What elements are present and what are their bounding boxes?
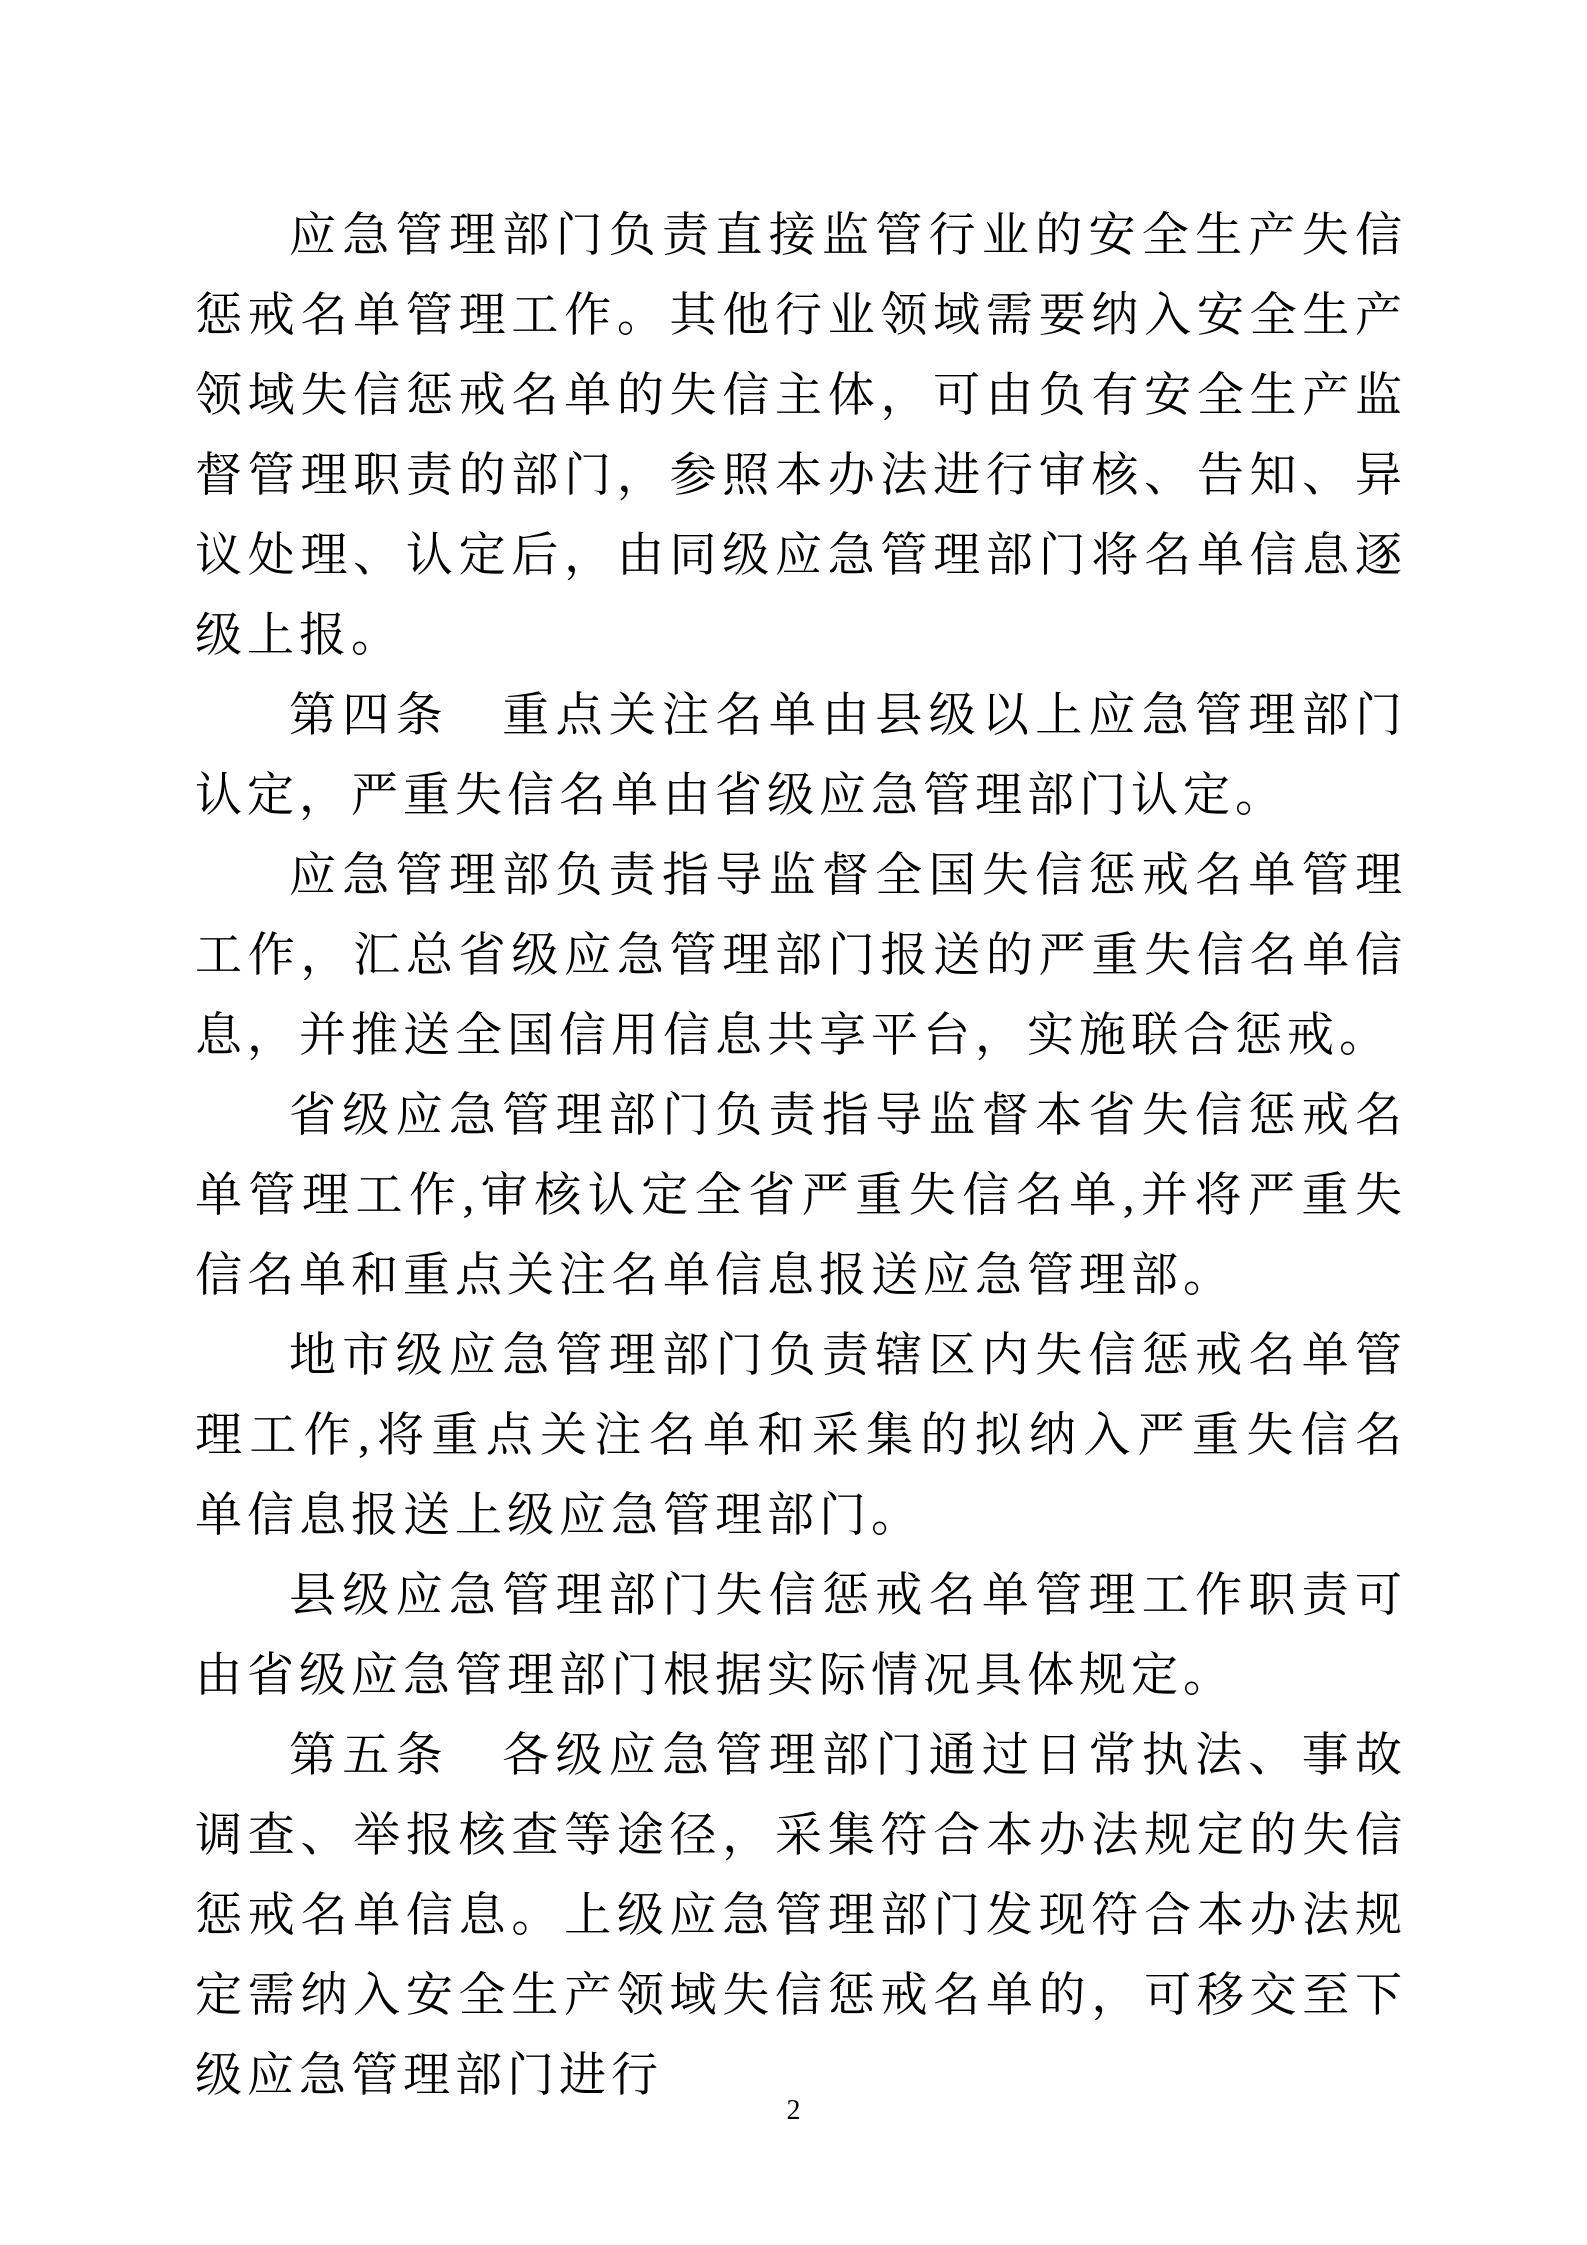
paragraph-article4-county: 县级应急管理部门失信惩戒名单管理工作职责可由省级应急管理部门根据实际情况具体规定… — [195, 1556, 1407, 1716]
paragraph-article4-lead: 第四条 重点关注名单由县级以上应急管理部门认定，严重失信名单由省级应急管理部门认… — [195, 676, 1407, 836]
paragraph-continuation-article3: 应急管理部门负责直接监管行业的安全生产失信惩戒名单管理工作。其他行业领域需要纳入… — [195, 196, 1407, 676]
paragraph-article4-municipal: 地市级应急管理部门负责辖区内失信惩戒名单管理工作,将重点关注名单和采集的拟纳入严… — [195, 1316, 1407, 1556]
document-page: 应急管理部门负责直接监管行业的安全生产失信惩戒名单管理工作。其他行业领域需要纳入… — [0, 0, 1587, 2245]
document-body: 应急管理部门负责直接监管行业的安全生产失信惩戒名单管理工作。其他行业领域需要纳入… — [195, 196, 1407, 2116]
paragraph-article4-provincial: 省级应急管理部门负责指导监督本省失信惩戒名单管理工作,审核认定全省严重失信名单,… — [195, 1076, 1407, 1316]
page-footer: 2 — [0, 2094, 1587, 2128]
paragraph-article5-lead: 第五条 各级应急管理部门通过日常执法、事故调查、举报核查等途径，采集符合本办法规… — [195, 1716, 1407, 2116]
page-number: 2 — [787, 2095, 801, 2126]
paragraph-article4-national: 应急管理部负责指导监督全国失信惩戒名单管理工作，汇总省级应急管理部门报送的严重失… — [195, 836, 1407, 1076]
